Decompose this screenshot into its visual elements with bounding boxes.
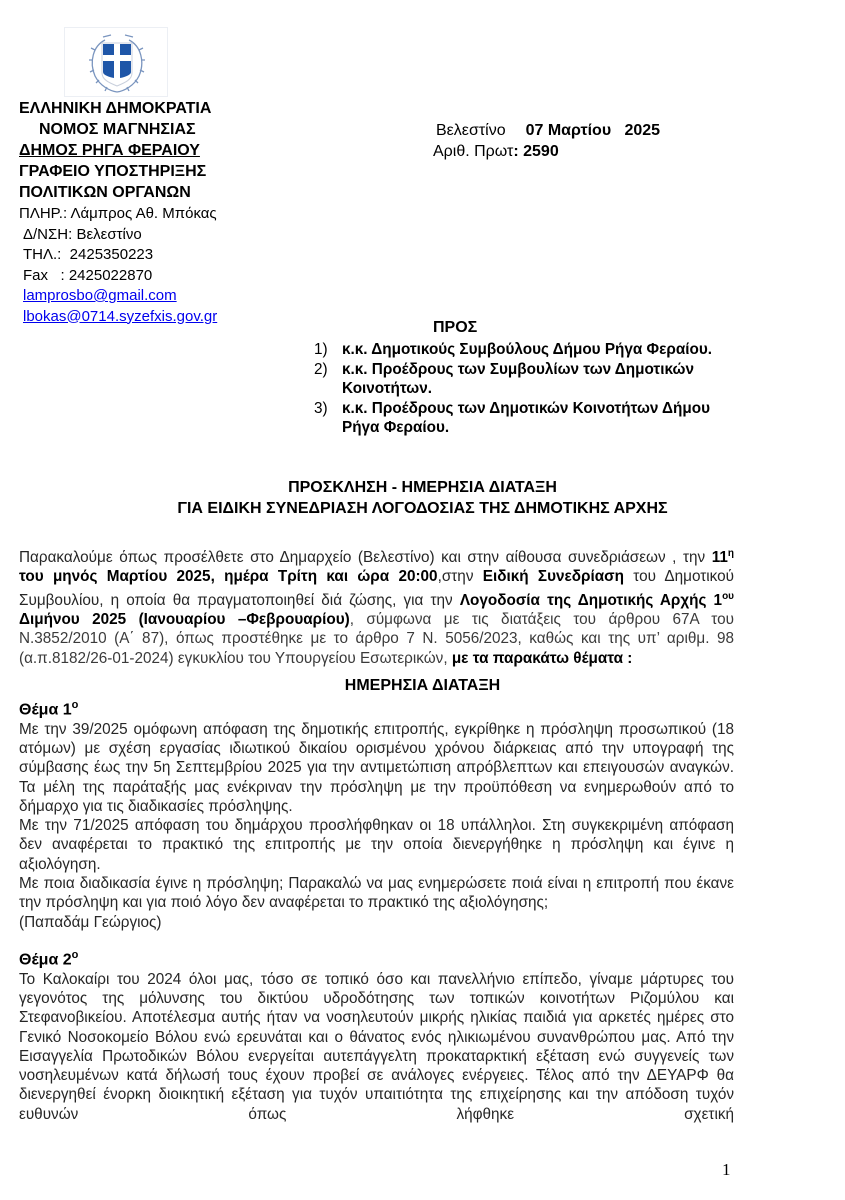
title-line2: ΓΙΑ ΕΙΔΙΚΗ ΣΥΝΕΔΡΙΑΣΗ ΛΟΓΟΔΟΣΙΑΣ ΤΗΣ ΔΗΜ… bbox=[0, 498, 845, 519]
recipients-heading: ΠΡΟΣ bbox=[433, 319, 477, 337]
topic-2-label: Θέμα 2ο bbox=[19, 946, 734, 970]
topic-1-paragraph: Με την 39/2025 ομόφωνη απόφαση της δημοτ… bbox=[19, 720, 734, 816]
contact-person: ΠΛΗΡ.: Λάμπρος Αθ. Μπόκας bbox=[19, 204, 217, 225]
contact-fax: Fax : 2425022870 bbox=[19, 266, 217, 287]
header-prefecture: ΝΟΜΟΣ ΜΑΓΝΗΣΙΑΣ bbox=[19, 119, 211, 140]
date-protocol-block: Βελεστίνο07 Μαρτίου 2025 Αριθ. Πρωτ: 259… bbox=[436, 120, 660, 162]
page-number: 1 bbox=[722, 1160, 731, 1180]
invitation-paragraph: Παρακαλούμε όπως προσέλθετε στο Δημαρχεί… bbox=[19, 544, 734, 668]
contact-block: ΠΛΗΡ.: Λάμπρος Αθ. Μπόκας Δ/ΝΣΗ: Βελεστί… bbox=[19, 204, 217, 327]
protocol-label: Αριθ. Πρωτ bbox=[433, 143, 513, 160]
topic-1-paragraph: Με την 71/2025 απόφαση του δημάρχου προσ… bbox=[19, 816, 734, 874]
document-title: ΠΡΟΣΚΛΗΣΗ - ΗΜΕΡΗΣΙΑ ΔΙΑΤΑΞΗ ΓΙΑ ΕΙΔΙΚΗ … bbox=[0, 477, 845, 519]
greek-coat-of-arms-icon bbox=[64, 27, 168, 97]
header-country: ΕΛΛΗΝΙΚΗ ΔΗΜΟΚΡΑΤΙΑ bbox=[19, 98, 211, 119]
issuer-header: ΕΛΛΗΝΙΚΗ ΔΗΜΟΚΡΑΤΙΑ ΝΟΜΟΣ ΜΑΓΝΗΣΙΑΣ ΔΗΜΟ… bbox=[19, 98, 211, 203]
topic-1: Θέμα 1ο Με την 39/2025 ομόφωνη απόφαση τ… bbox=[19, 696, 734, 932]
recipient-item: 1)κ.κ. Δημοτικούς Συμβούλους Δήμου Ρήγα … bbox=[314, 340, 744, 360]
contact-address: Δ/ΝΣΗ: Βελεστίνο bbox=[19, 225, 217, 246]
header-office-line1: ΓΡΑΦΕΙΟ ΥΠΟΣΤΗΡΙΞΗΣ bbox=[19, 161, 211, 182]
topic-1-author: (Παπαδάμ Γεώργιος) bbox=[19, 913, 734, 932]
topic-1-label: Θέμα 1ο bbox=[19, 696, 734, 720]
recipient-item: 3)κ.κ. Προέδρους των Δημοτικών Κοινοτήτω… bbox=[314, 399, 744, 438]
recipients-list: 1)κ.κ. Δημοτικούς Συμβούλους Δήμου Ρήγα … bbox=[314, 340, 744, 438]
topic-2-paragraph: Το Καλοκαίρι του 2024 όλοι μας, τόσο σε … bbox=[19, 970, 734, 1124]
date-place: Βελεστίνο bbox=[436, 122, 506, 139]
email-link-gmail[interactable]: lamprosbo@gmail.com bbox=[23, 287, 177, 304]
header-municipality: ΔΗΜΟΣ ΡΗΓΑ ΦΕΡΑΙΟΥ bbox=[19, 140, 211, 161]
protocol-number: : 2590 bbox=[513, 143, 558, 160]
topic-2: Θέμα 2ο Το Καλοκαίρι του 2024 όλοι μας, … bbox=[19, 946, 734, 1124]
email-link-syzefxis[interactable]: lbokas@0714.syzefxis.gov.gr bbox=[23, 308, 217, 325]
contact-phone: ΤΗΛ.: 2425350223 bbox=[19, 245, 217, 266]
document-date: 07 Μαρτίου 2025 bbox=[526, 122, 660, 139]
recipient-item: 2)κ.κ. Προέδρους των Συμβουλίων των Δημο… bbox=[314, 360, 744, 399]
title-line1: ΠΡΟΣΚΛΗΣΗ - ΗΜΕΡΗΣΙΑ ΔΙΑΤΑΞΗ bbox=[0, 477, 845, 498]
topic-1-paragraph: Με ποια διαδικασία έγινε η πρόσληψη; Παρ… bbox=[19, 874, 734, 913]
header-office-line2: ΠΟΛΙΤΙΚΩΝ ΟΡΓΑΝΩΝ bbox=[19, 182, 211, 203]
agenda-heading: ΗΜΕΡΗΣΙΑ ΔΙΑΤΑΞΗ bbox=[0, 675, 845, 696]
